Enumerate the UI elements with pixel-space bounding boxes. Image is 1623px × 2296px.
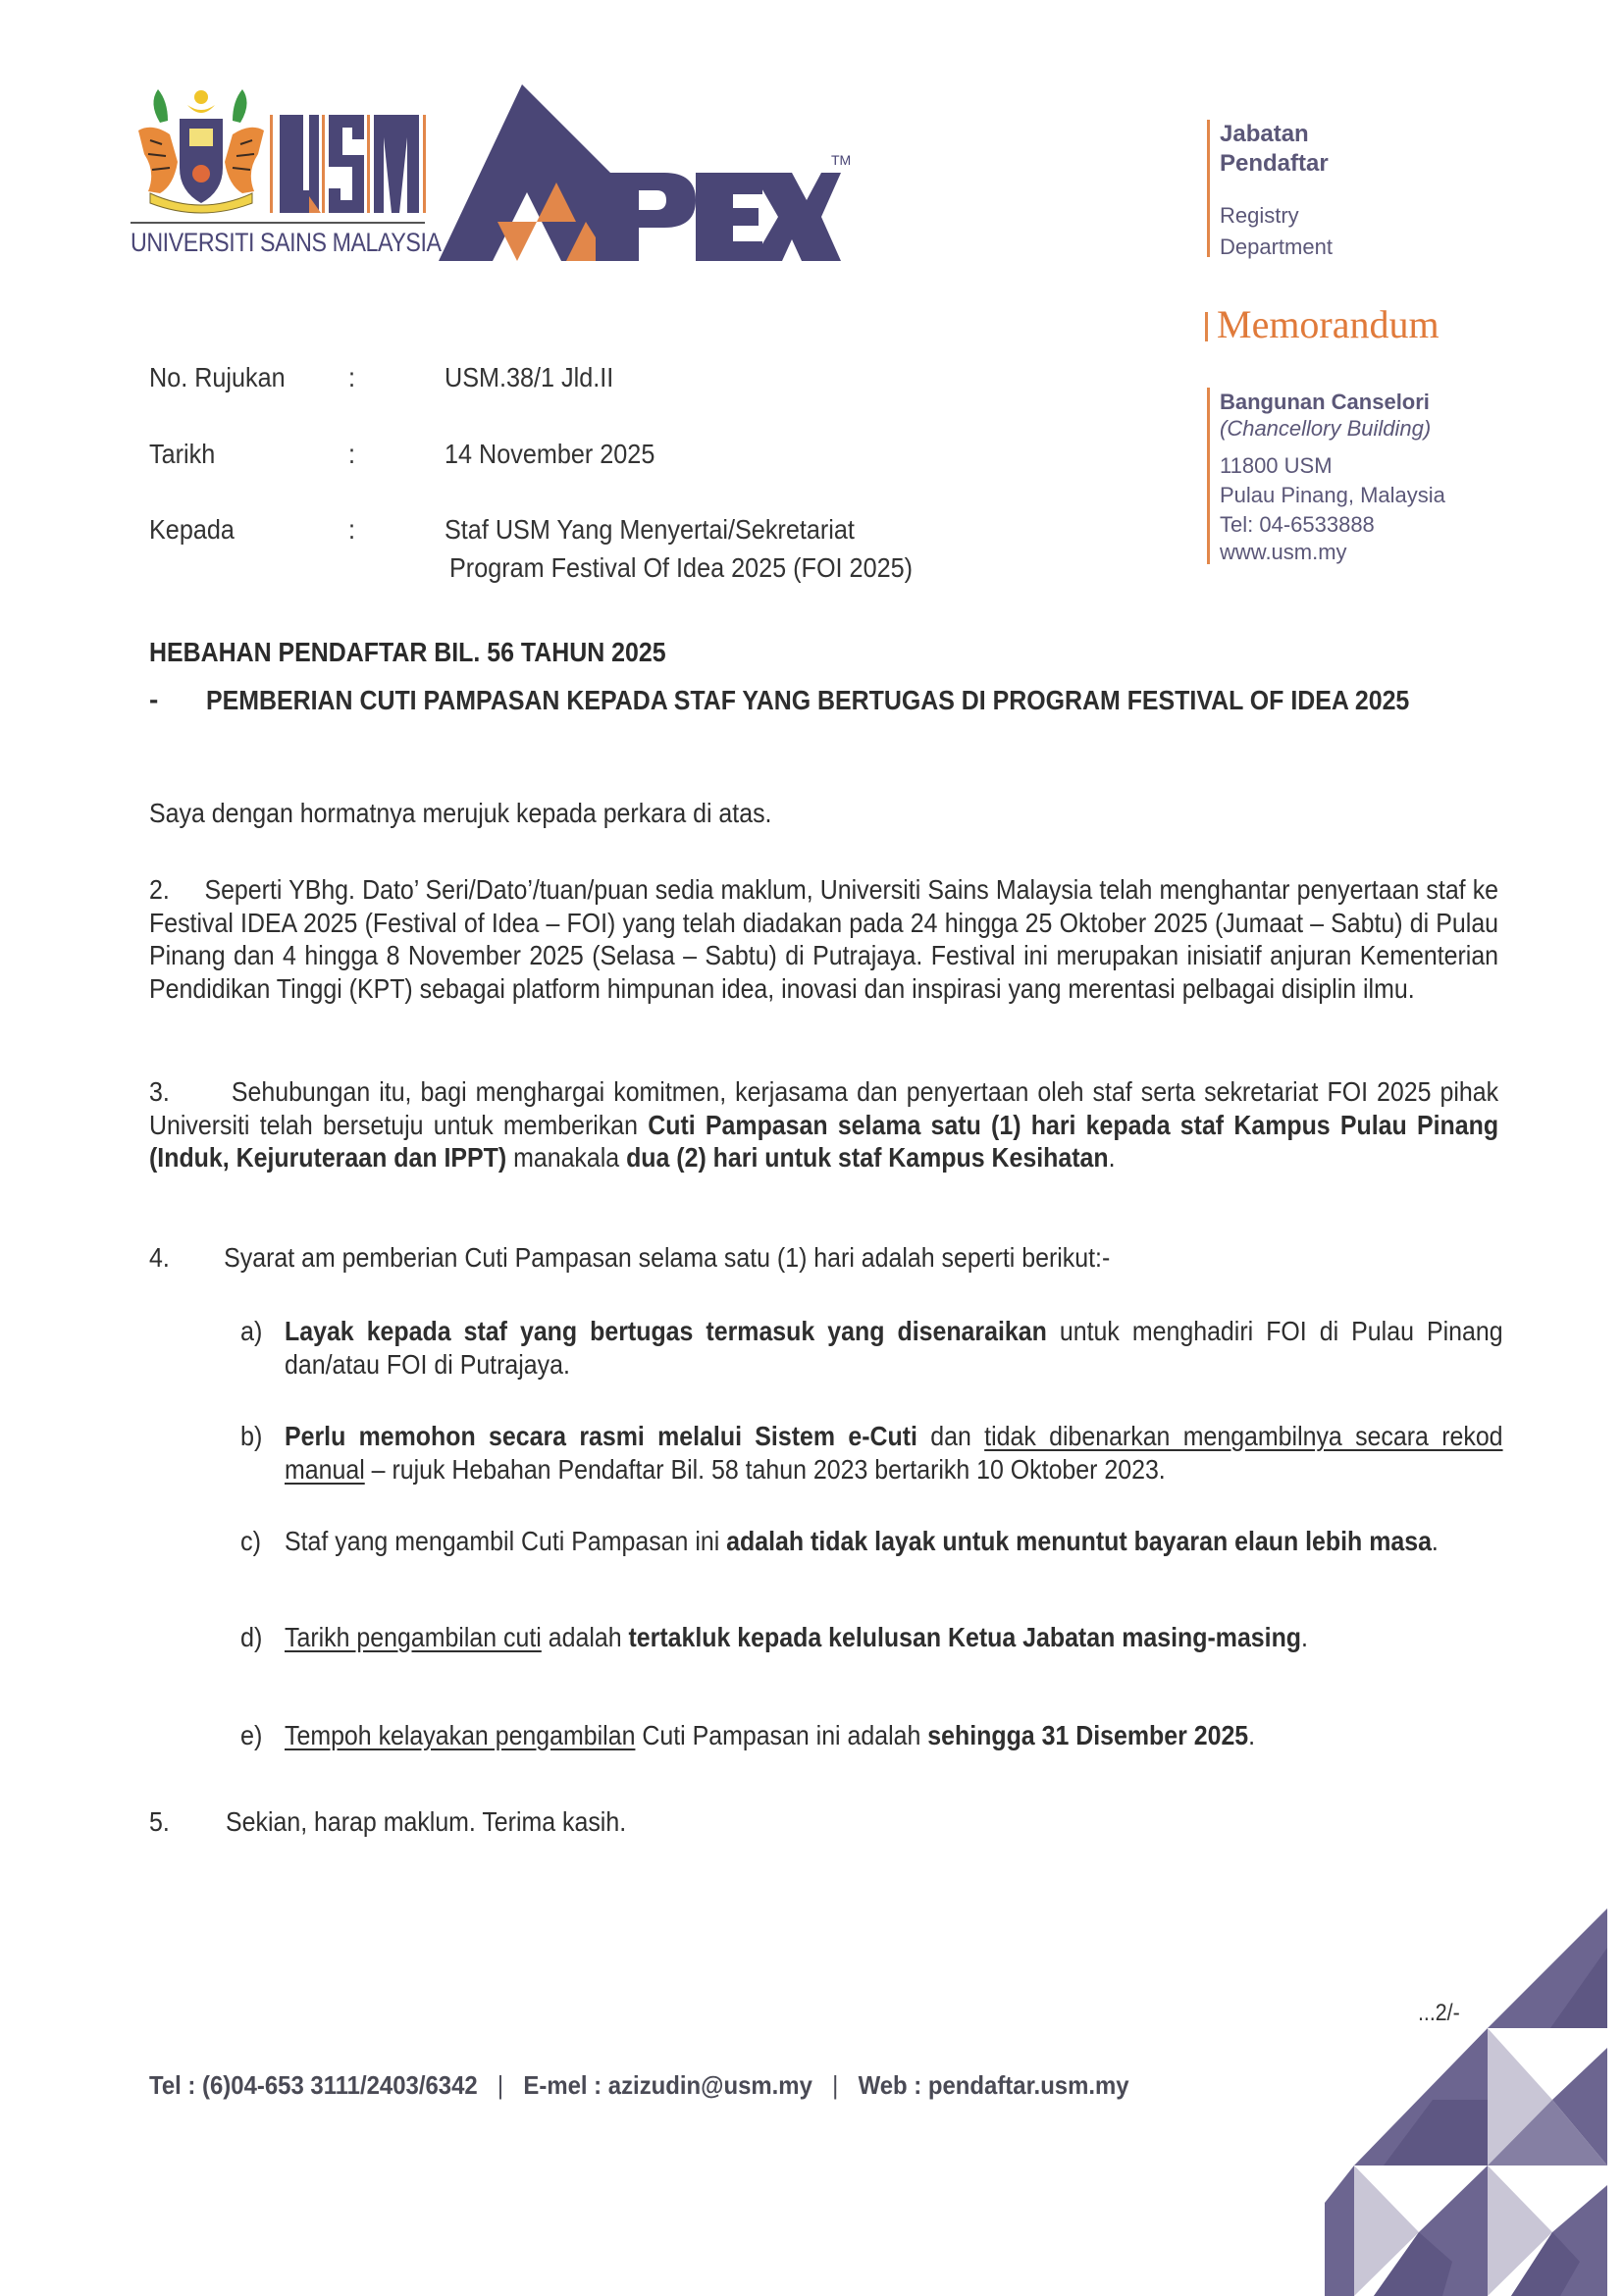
paragraph-number: 4.	[149, 1242, 170, 1273]
address-postcode: 11800 USM	[1220, 453, 1333, 479]
date-value: 14 November 2025	[445, 438, 654, 471]
decorative-corner-pattern	[1325, 1908, 1623, 2296]
footer-separator: |	[832, 2070, 838, 2101]
department-name-english: Registry	[1220, 201, 1299, 231]
recipient-value: Program Festival Of Idea 2025 (FOI 2025)	[449, 551, 913, 585]
list-marker: e)	[240, 1719, 262, 1752]
paragraph-number: 3.	[149, 1076, 170, 1107]
emphasis-text: Layak kepada staf yang bertugas termasuk…	[285, 1316, 1047, 1346]
paragraph-3: 3. Sehubungan itu, bagi menghargai komit…	[149, 1075, 1498, 1174]
memo-heading: HEBAHAN PENDAFTAR BIL. 56 TAHUN 2025	[149, 636, 666, 669]
apex-logo: TM	[439, 84, 851, 271]
condition-item: Staf yang mengambil Cuti Pampasan ini ad…	[285, 1525, 1503, 1558]
emphasis-text: Perlu memohon secara rasmi melalui Siste…	[285, 1421, 917, 1451]
paragraph-text: Syarat am pemberian Cuti Pampasan selama…	[224, 1242, 1110, 1273]
footer-web[interactable]: Web : pendaftar.usm.my	[859, 2070, 1129, 2100]
paragraph-number: 5.	[149, 1805, 170, 1839]
apex-icon: TM	[439, 84, 851, 271]
logo-divider	[131, 222, 425, 224]
footer-contact: Tel : (6)04-653 3111/2403/6342|E-mel : a…	[149, 2070, 1129, 2101]
usm-wordmark-logo	[270, 110, 427, 218]
opening-paragraph: Saya dengan hormatnya merujuk kepada per…	[149, 797, 771, 830]
footer-email[interactable]: E-mel : azizudin@usm.my	[523, 2070, 811, 2100]
condition-text: .	[1248, 1720, 1255, 1750]
emphasis-text: dua (2) hari untuk staf Kampus Kesihatan	[626, 1142, 1109, 1173]
masthead-accent-bar	[1207, 120, 1210, 257]
condition-item: Tempoh kelayakan pengambilan Cuti Pampas…	[285, 1719, 1503, 1752]
reference-colon: :	[348, 361, 355, 394]
list-marker: b)	[240, 1420, 262, 1453]
memo-subject: PEMBERIAN CUTI PAMPASAN KEPADA STAF YANG…	[206, 683, 1420, 718]
recipient-label: Kepada	[149, 513, 235, 547]
list-marker: d)	[240, 1621, 262, 1654]
condition-text: adalah	[542, 1622, 629, 1652]
address-city: Pulau Pinang, Malaysia	[1220, 483, 1445, 508]
paragraph-number: 2.	[149, 874, 170, 905]
usm-crest-logo	[131, 83, 273, 216]
department-name: Jabatan	[1220, 120, 1309, 149]
department-name-english: Department	[1220, 233, 1333, 262]
emphasis-text: tertakluk kepada kelulusan Ketua Jabatan…	[628, 1622, 1301, 1652]
emphasis-text: sehingga 31 Disember 2025	[927, 1720, 1248, 1750]
university-name: UNIVERSITI SAINS MALAYSIA	[131, 228, 384, 258]
condition-item: Layak kepada staf yang bertugas termasuk…	[285, 1315, 1503, 1381]
recipient-colon: :	[348, 513, 355, 547]
reference-label: No. Rujukan	[149, 361, 286, 394]
emphasis-text: adalah tidak layak untuk menuntut bayara…	[726, 1526, 1432, 1556]
date-colon: :	[348, 438, 355, 471]
usm-wordmark-icon	[270, 110, 427, 218]
list-marker: c)	[240, 1525, 261, 1558]
paragraph-text: Seperti YBhg. Dato’ Seri/Dato’/tuan/puan…	[149, 874, 1498, 1004]
address-accent-bar	[1207, 388, 1210, 564]
address-web[interactable]: www.usm.my	[1220, 540, 1347, 565]
memo-accent-bar	[1205, 312, 1208, 341]
date-label: Tarikh	[149, 438, 215, 471]
condition-text: Cuti Pampasan ini adalah	[635, 1720, 927, 1750]
paragraph-2: 2. Seperti YBhg. Dato’ Seri/Dato’/tuan/p…	[149, 873, 1498, 1005]
condition-text: – rujuk Hebahan Pendaftar Bil. 58 tahun …	[365, 1454, 1166, 1485]
triangle-pattern-icon	[1325, 1908, 1623, 2296]
svg-text:TM: TM	[831, 152, 851, 168]
address-tel: Tel: 04-6533888	[1220, 512, 1375, 538]
paragraph-4: 4. Syarat am pemberian Cuti Pampasan sel…	[149, 1241, 1110, 1275]
crest-icon	[131, 83, 273, 216]
subject-dash: -	[149, 683, 158, 716]
underlined-text: Tempoh kelayakan pengambilan	[285, 1720, 635, 1750]
condition-item: Perlu memohon secara rasmi melalui Siste…	[285, 1420, 1503, 1486]
list-marker: a)	[240, 1315, 262, 1348]
paragraph-text: manakala	[506, 1142, 626, 1173]
condition-text: .	[1432, 1526, 1439, 1556]
underlined-text: Tarikh pengambilan cuti	[285, 1622, 542, 1652]
condition-text: Staf yang mengambil Cuti Pampasan ini	[285, 1526, 726, 1556]
department-name: Pendaftar	[1220, 149, 1329, 179]
footer-separator: |	[497, 2070, 503, 2101]
address-building-en: (Chancellory Building)	[1220, 416, 1431, 442]
closing-paragraph: Sekian, harap maklum. Terima kasih.	[226, 1805, 626, 1839]
condition-item: Tarikh pengambilan cuti adalah tertakluk…	[285, 1621, 1503, 1654]
condition-text: dan	[917, 1421, 984, 1451]
footer-tel: Tel : (6)04-653 3111/2403/6342	[149, 2070, 478, 2100]
reference-number: USM.38/1 Jld.II	[445, 361, 613, 394]
recipient-value: Staf USM Yang Menyertai/Sekretariat	[445, 513, 855, 547]
paragraph-text: .	[1109, 1142, 1116, 1173]
address-building: Bangunan Canselori	[1220, 390, 1430, 415]
document-type-title: Memorandum	[1217, 300, 1440, 349]
condition-text: .	[1301, 1622, 1308, 1652]
